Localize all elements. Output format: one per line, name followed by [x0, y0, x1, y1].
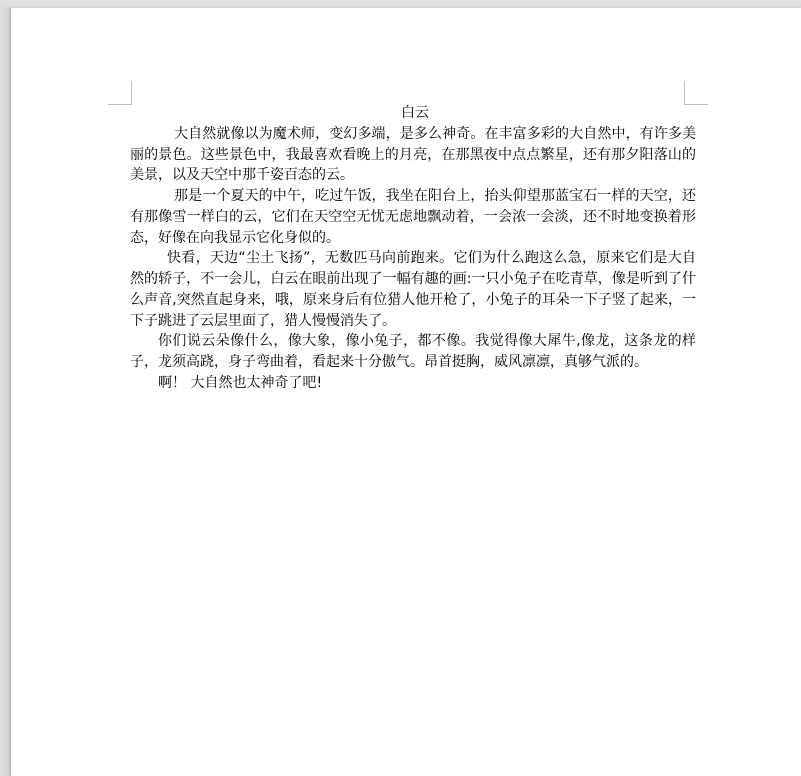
document-page[interactable]: 白云 大自然就像以为魔术师，变幻多端，是多么神奇。在丰富多彩的大自然中，有许多美… [11, 8, 801, 776]
crop-mark-top-right [684, 81, 708, 105]
paragraph-1: 大自然就像以为魔术师，变幻多端，是多么神奇。在丰富多彩的大自然中，有许多美丽的景… [130, 124, 696, 186]
document-title: 白云 [130, 103, 696, 124]
paragraph-4: 你们说云朵像什么，像大象，像小兔子，都不像。我觉得像大犀牛,像龙，这条龙的样子，… [130, 331, 696, 373]
workspace-left-background [0, 8, 11, 776]
paragraph-5: 啊！ 大自然也太神奇了吧! [130, 373, 696, 394]
crop-mark-top-left [108, 81, 132, 105]
document-body[interactable]: 白云 大自然就像以为魔术师，变幻多端，是多么神奇。在丰富多彩的大自然中，有许多美… [130, 103, 696, 394]
paragraph-3: 快看，天边“尘土飞扬”，无数匹马向前跑来。它们为什么跑这么急，原来它们是大自然的… [130, 248, 696, 331]
paragraph-2: 那是一个夏天的中午，吃过午饭，我坐在阳台上，抬头仰望那蓝宝石一样的天空，还有那像… [130, 186, 696, 248]
workspace-top-background [0, 0, 801, 8]
